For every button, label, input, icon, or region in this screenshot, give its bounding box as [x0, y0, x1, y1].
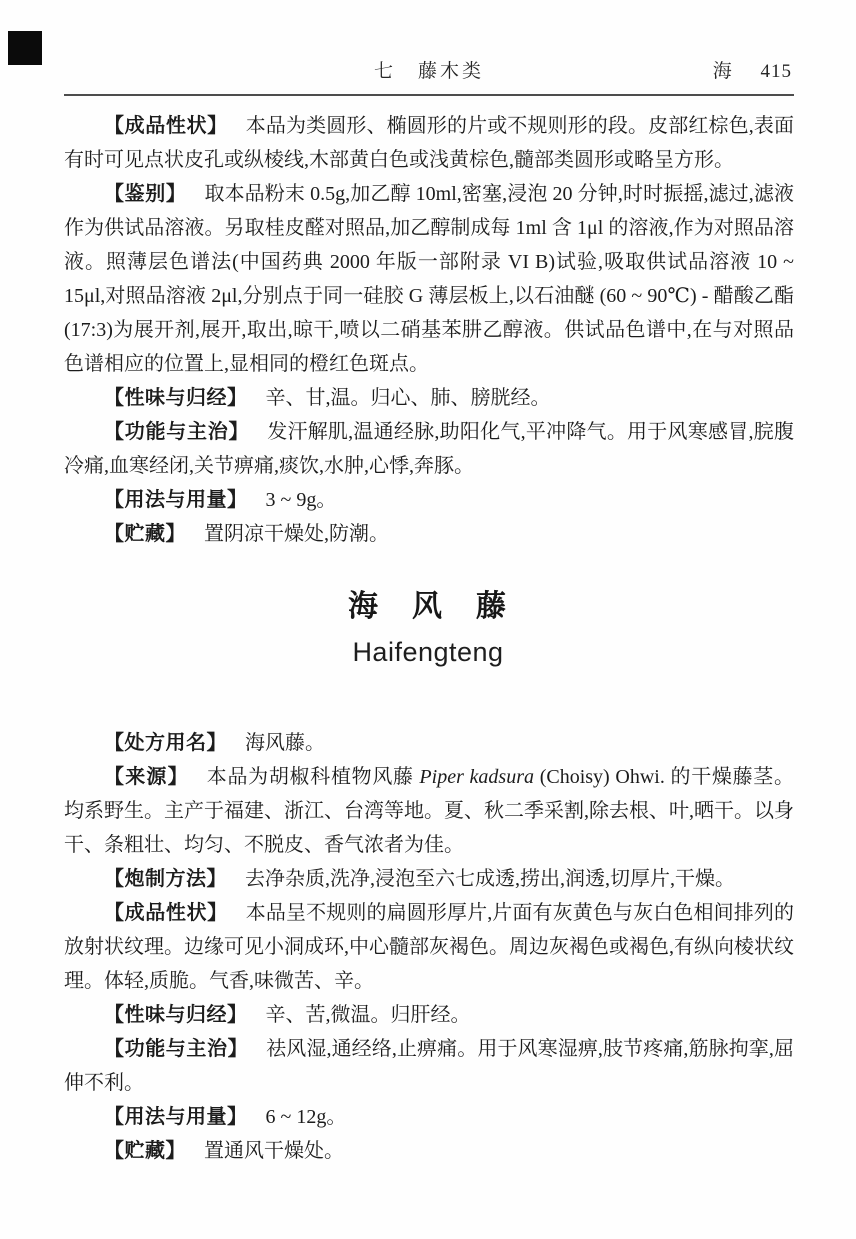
entry-paragraph: 【来源】本品为胡椒科植物风藤 Piper kadsura (Choisy) Oh… — [64, 760, 794, 862]
section-text: 置通风干燥处。 — [204, 1140, 344, 1162]
entry-paragraph: 【贮藏】置通风干燥处。 — [64, 1134, 794, 1168]
entry-paragraph: 【处方用名】海风藤。 — [64, 726, 794, 760]
section-label: 【处方用名】 — [104, 732, 227, 754]
entry-paragraph: 【功能与主治】发汗解肌,温通经脉,助阳化气,平冲降气。用于风寒感冒,脘腹冷痛,血… — [64, 415, 794, 483]
running-head-chapter: 七 藤木类 — [64, 56, 794, 83]
section-label: 【成品性状】 — [104, 902, 228, 924]
section-text: 辛、甘,温。归心、肺、膀胱经。 — [266, 387, 551, 409]
entry-paragraph: 【性味与归经】辛、甘,温。归心、肺、膀胱经。 — [64, 381, 794, 415]
section-label: 【来源】 — [104, 766, 189, 788]
entry-paragraph: 【炮制方法】去净杂质,洗净,浸泡至六七成透,捞出,润透,切厚片,干燥。 — [64, 862, 794, 896]
page-number: 415 — [761, 61, 793, 83]
section-label: 【贮藏】 — [104, 523, 186, 545]
section-label: 【贮藏】 — [104, 1140, 186, 1162]
section-text: 6 ~ 12g。 — [266, 1106, 347, 1128]
entry-sections: 【处方用名】海风藤。【来源】本品为胡椒科植物风藤 Piper kadsura (… — [64, 726, 794, 1168]
latin-binomial: Piper kadsura — [419, 766, 534, 788]
entry-paragraph: 【性味与归经】辛、苦,微温。归肝经。 — [64, 998, 794, 1032]
section-label: 【功能与主治】 — [104, 1038, 248, 1060]
page-header: 七 藤木类 海 415 — [64, 0, 794, 86]
entry-paragraph: 【用法与用量】6 ~ 12g。 — [64, 1100, 794, 1134]
section-label: 【鉴别】 — [104, 183, 186, 205]
section-text: 海风藤。 — [245, 732, 325, 754]
section-text: 本品为胡椒科植物风藤 — [207, 766, 420, 788]
section-text: 辛、苦,微温。归肝经。 — [266, 1004, 471, 1026]
running-head-index-char: 海 — [713, 61, 732, 82]
entry-pinyin: Haifengteng — [0, 637, 856, 668]
entry-paragraph: 【贮藏】置阴凉干燥处,防潮。 — [64, 517, 794, 551]
entry-paragraph: 【用法与用量】3 ~ 9g。 — [64, 483, 794, 517]
previous-entry-sections: 【成品性状】本品为类圆形、椭圆形的片或不规则形的段。皮部红棕色,表面有时可见点状… — [64, 109, 794, 551]
section-label: 【用法与用量】 — [104, 1106, 248, 1128]
book-page: 七 藤木类 海 415 【成品性状】本品为类圆形、椭圆形的片或不规则形的段。皮部… — [0, 0, 856, 1239]
entry-paragraph: 【功能与主治】祛风湿,通经络,止痹痛。用于风寒湿痹,肢节疼痛,筋脉拘挛,屈伸不利… — [64, 1032, 794, 1100]
section-text: 去净杂质,洗净,浸泡至六七成透,捞出,润透,切厚片,干燥。 — [245, 868, 735, 890]
section-label: 【用法与用量】 — [104, 489, 248, 511]
section-label: 【炮制方法】 — [104, 868, 227, 890]
scan-artifact-square — [8, 31, 42, 65]
section-label: 【性味与归经】 — [104, 387, 248, 409]
section-label: 【功能与主治】 — [104, 421, 249, 443]
section-text: 置阴凉干燥处,防潮。 — [204, 523, 389, 545]
section-label: 【成品性状】 — [104, 115, 228, 137]
entry-paragraph: 【成品性状】本品为类圆形、椭圆形的片或不规则形的段。皮部红棕色,表面有时可见点状… — [64, 109, 794, 177]
entry-paragraph: 【鉴别】取本品粉末 0.5g,加乙醇 10ml,密塞,浸泡 20 分钟,时时振摇… — [64, 177, 794, 381]
section-text: 3 ~ 9g。 — [266, 489, 337, 511]
running-head-right: 海 415 — [713, 56, 792, 83]
entry-title-block: 海 风 藤 Haifengteng — [0, 581, 856, 668]
entry-paragraph: 【成品性状】本品呈不规则的扁圆形厚片,片面有灰黄色与灰白色相间排列的放射状纹理。… — [64, 896, 794, 998]
section-label: 【性味与归经】 — [104, 1004, 248, 1026]
entry-title: 海 风 藤 — [0, 581, 856, 625]
header-rule — [64, 94, 794, 96]
section-text: 取本品粉末 0.5g,加乙醇 10ml,密塞,浸泡 20 分钟,时时振摇,滤过,… — [64, 183, 794, 375]
